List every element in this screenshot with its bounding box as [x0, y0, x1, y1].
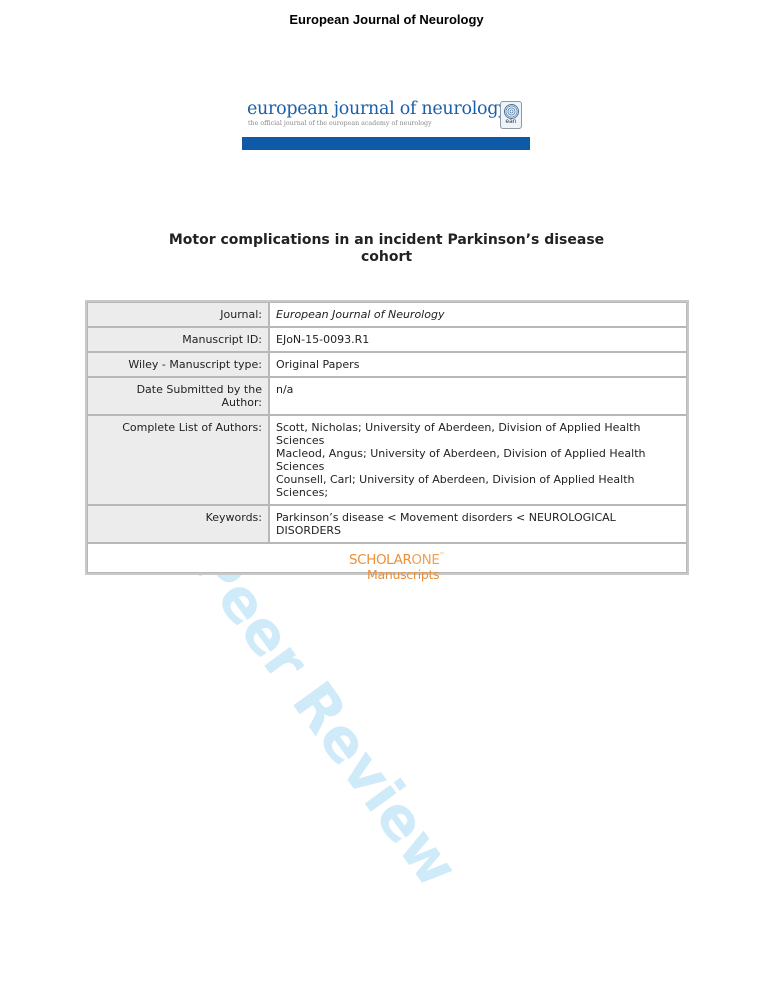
paper-title: Motor complications in an incident Parki… — [0, 232, 773, 266]
label-keywords: Keywords: — [87, 505, 269, 543]
scholarone-bold: SCHOLAR — [349, 552, 411, 568]
scholarone-logo: SCHOLARONE™ Manuscripts — [349, 552, 459, 582]
table-row: Manuscript ID: EJoN-15-0093.R1 — [87, 327, 687, 352]
banner-bar — [242, 137, 530, 150]
globe-icon — [504, 104, 519, 119]
author-line: Scott, Nicholas; University of Aberdeen,… — [276, 421, 680, 447]
paper-title-text: Motor complications in an incident Parki… — [167, 232, 607, 266]
label-journal: Journal: — [87, 302, 269, 327]
label-manuscript-id: Manuscript ID: — [87, 327, 269, 352]
journal-banner: european journal of neurology the offici… — [242, 97, 530, 151]
value-manuscript-type: Original Papers — [269, 352, 687, 377]
journal-tagline: the official journal of the european aca… — [248, 120, 432, 127]
scholarone-wordmark: SCHOLARONE™ — [349, 552, 459, 568]
trademark-symbol: ™ — [439, 552, 444, 558]
value-manuscript-id: EJoN-15-0093.R1 — [269, 327, 687, 352]
table-row: Complete List of Authors: Scott, Nichola… — [87, 415, 687, 505]
ean-logo-text: ean — [501, 118, 521, 125]
table-row: Journal: European Journal of Neurology — [87, 302, 687, 327]
value-journal: European Journal of Neurology — [269, 302, 687, 327]
manuscript-metadata-table: Journal: European Journal of Neurology M… — [85, 300, 689, 575]
value-authors: Scott, Nicholas; University of Aberdeen,… — [269, 415, 687, 505]
scholarone-light: ONE — [411, 552, 439, 568]
label-date-submitted: Date Submitted by the Author: — [87, 377, 269, 415]
table-row: Date Submitted by the Author: n/a — [87, 377, 687, 415]
label-authors: Complete List of Authors: — [87, 415, 269, 505]
author-line: Counsell, Carl; University of Aberdeen, … — [276, 473, 656, 499]
scholarone-manuscripts: Manuscripts — [367, 567, 459, 582]
author-line: Macleod, Angus; University of Aberdeen, … — [276, 447, 656, 473]
table-row: Keywords: Parkinson’s disease < Movement… — [87, 505, 687, 543]
ean-logo-icon: ean — [500, 101, 522, 129]
label-manuscript-type: Wiley - Manuscript type: — [87, 352, 269, 377]
value-date-submitted: n/a — [269, 377, 687, 415]
table-row: Wiley - Manuscript type: Original Papers — [87, 352, 687, 377]
journal-name: european journal of neurology — [247, 99, 508, 119]
running-header: European Journal of Neurology — [0, 12, 773, 27]
value-keywords: Parkinson’s disease < Movement disorders… — [269, 505, 687, 543]
